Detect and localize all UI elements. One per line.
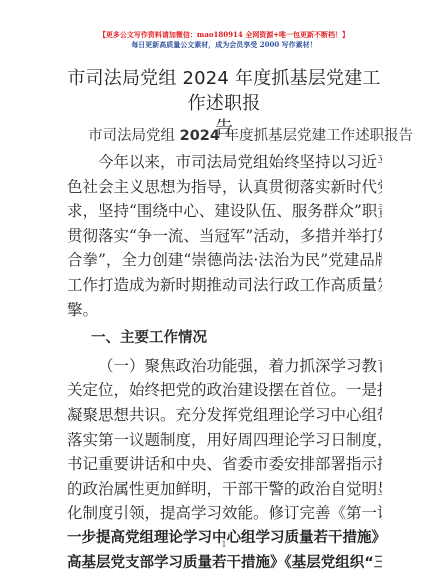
document-body: 今年以来，市司法局党组始终坚持以习近平新时代中国特 色社会主义思想为指导，认真贯…	[67, 150, 382, 575]
paragraph-line: 的政治属性更加鲜明，干部干警的政治自觉明显增强。二是强	[67, 477, 382, 502]
document-page: 【更多公文写作资料请加微信：mao180914 全网资源+唯一包更新不断档！】 …	[0, 0, 448, 580]
subtitle-year: 2024	[180, 128, 220, 144]
promo-line-red: 【更多公文写作资料请加微信：mao180914 全网资源+唯一包更新不断档！】	[0, 30, 448, 40]
section-heading: 一、主要工作情况	[67, 326, 382, 351]
paragraph-line: 擎。	[67, 298, 382, 323]
paragraph-line: 贯彻落实“争一流、当冠军”活动，多措并举打好机关党建“组	[67, 224, 382, 249]
subtitle-pre: 市司法局党组	[88, 128, 180, 144]
paragraph-line: 关定位，始终把党的政治建设摆在首位。一是提升政治能力，	[67, 378, 382, 403]
promo-banner: 【更多公文写作资料请加微信：mao180914 全网资源+唯一包更新不断档！】 …	[0, 30, 448, 50]
paragraph-line: （一）聚焦政治功能强，着力抓深学习教育。立足政治机	[67, 354, 382, 379]
paragraph-line: 合拳”，全力创建“崇德尚法·法治为民”党建品牌，将机关党建	[67, 248, 382, 273]
paragraph-line: 今年以来，市司法局党组始终坚持以习近平新时代中国特	[67, 150, 382, 175]
page-number: 1	[0, 540, 448, 549]
paragraph-line: 凝聚思想共识。充分发挥党组理论学习中心组带动作用，全面	[67, 403, 382, 428]
paragraph-line: 求，坚持“围绕中心、建设队伍、服务群众”职责定位，深入	[67, 199, 382, 224]
document-subtitle: 市司法局党组 2024 年度抓基层党建工作述职报告	[88, 124, 413, 145]
paragraph-line: 色社会主义思想为指导，认真贯彻落实新时代党的建设总要	[67, 175, 382, 200]
paragraph-line: 落实第一议题制度，用好周四理论学习日制度，学习习近平总	[67, 428, 382, 453]
paragraph-line-bold: 高基层党支部学习质量若干措施》《基层党组织“三会一	[67, 551, 382, 576]
promo-line-blue: 每日更新高质量公文素材，成为会员享受 2000 写作素材！	[0, 40, 448, 50]
paragraph-line: 化制度引领，提高学习效能。修订完善《第一议题制度》《进	[67, 501, 382, 526]
subtitle-post: 年度抓基层党建工作述职报告	[220, 128, 413, 144]
paragraph-line: 书记重要讲话和中央、省委市委安排部署指示批示精神。机关	[67, 452, 382, 477]
title-line-1: 市司法局党组 2024 年度抓基层党建工作述职报	[64, 66, 384, 116]
paragraph-line: 工作打造成为新时期推动司法行政工作高质量发展的红色引	[67, 273, 382, 298]
